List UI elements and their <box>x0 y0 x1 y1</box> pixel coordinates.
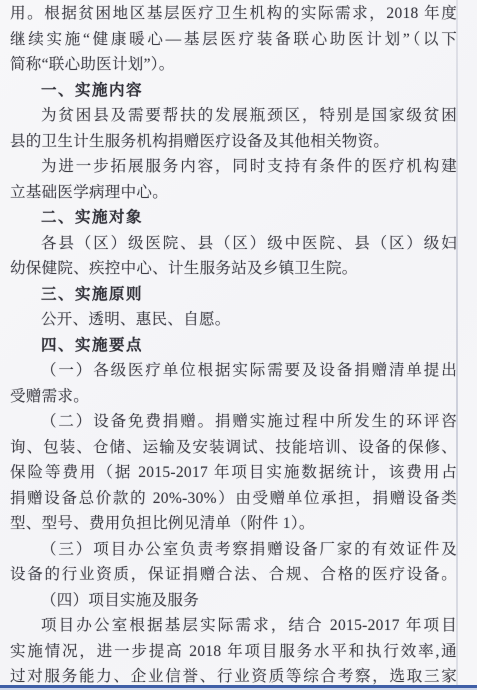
text-line: （一）各级医疗单位根据实际需要及设备捐赠清单提出 <box>10 358 457 384</box>
text-line: 各县（区）级医院、县（区）级中医院、县（区）级妇 <box>10 231 457 257</box>
bottom-blue-rule <box>0 685 477 688</box>
text-line: 幼保健院、疾控中心、计生服务站及乡镇卫生院。 <box>10 256 457 282</box>
section-heading: 二、实施对象 <box>10 205 457 231</box>
text-line: 简称“联心助医计划”）。 <box>10 52 457 78</box>
text-line: 型、型号、费用负担比例见清单（附件 1）。 <box>10 511 457 537</box>
text-line: 询、包装、仓储、运输及安装调试、技能培训、设备的保修、 <box>10 435 457 461</box>
text-line: 项目办公室根据基层实际需求，结合 2015-2017 年项目 <box>10 613 457 639</box>
document-text: 用。根据贫困地区基层医疗卫生机构的实际需求，2018 年度 继续实施“健康暖心—… <box>10 1 457 690</box>
text-line: 保险等费用（据 2015-2017 年项目实施数据统计，该费用占 <box>10 460 457 486</box>
text-line: 公开、透明、惠民、自愿。 <box>10 307 457 333</box>
scanned-document-page: 用。根据贫困地区基层医疗卫生机构的实际需求，2018 年度 继续实施“健康暖心—… <box>0 0 477 690</box>
text-line: 捐赠设备总价款的 20%-30%）由受赠单位承担，捐赠设备类 <box>10 486 457 512</box>
text-line: 为进一步拓展服务内容，同时支持有条件的医疗机构建 <box>10 154 457 180</box>
text-line: 继续实施“健康暖心—基层医疗装备联心助医计划”（以下 <box>10 27 457 53</box>
text-line: 实施情况，进一步提高 2018 年项目服务水平和执行效率,通 <box>10 639 457 665</box>
section-heading: 四、实施要点 <box>10 333 457 359</box>
text-line: 为贫困县及需要帮扶的发展瓶颈区，特别是国家级贫困 <box>10 103 457 129</box>
section-heading: 三、实施原则 <box>10 282 457 308</box>
text-line: 设备的行业资质，保证捐赠合法、合规、合格的医疗设备。 <box>10 562 457 588</box>
text-line: 用。根据贫困地区基层医疗卫生机构的实际需求，2018 年度 <box>10 1 457 27</box>
text-line: （三）项目办公室负责考察捐赠设备厂家的有效证件及 <box>10 537 457 563</box>
text-line: （二）设备免费捐赠。捐赠实施过程中所发生的环评咨 <box>10 409 457 435</box>
text-line: （四）项目实施及服务 <box>10 588 457 614</box>
text-line: 县的卫生计生服务机构捐赠医疗设备及其他相关物资。 <box>10 129 457 155</box>
section-heading: 一、实施内容 <box>10 78 457 104</box>
scan-crease-line <box>456 0 458 690</box>
text-line: 立基础医学病理中心。 <box>10 180 457 206</box>
text-line: 受赠需求。 <box>10 384 457 410</box>
